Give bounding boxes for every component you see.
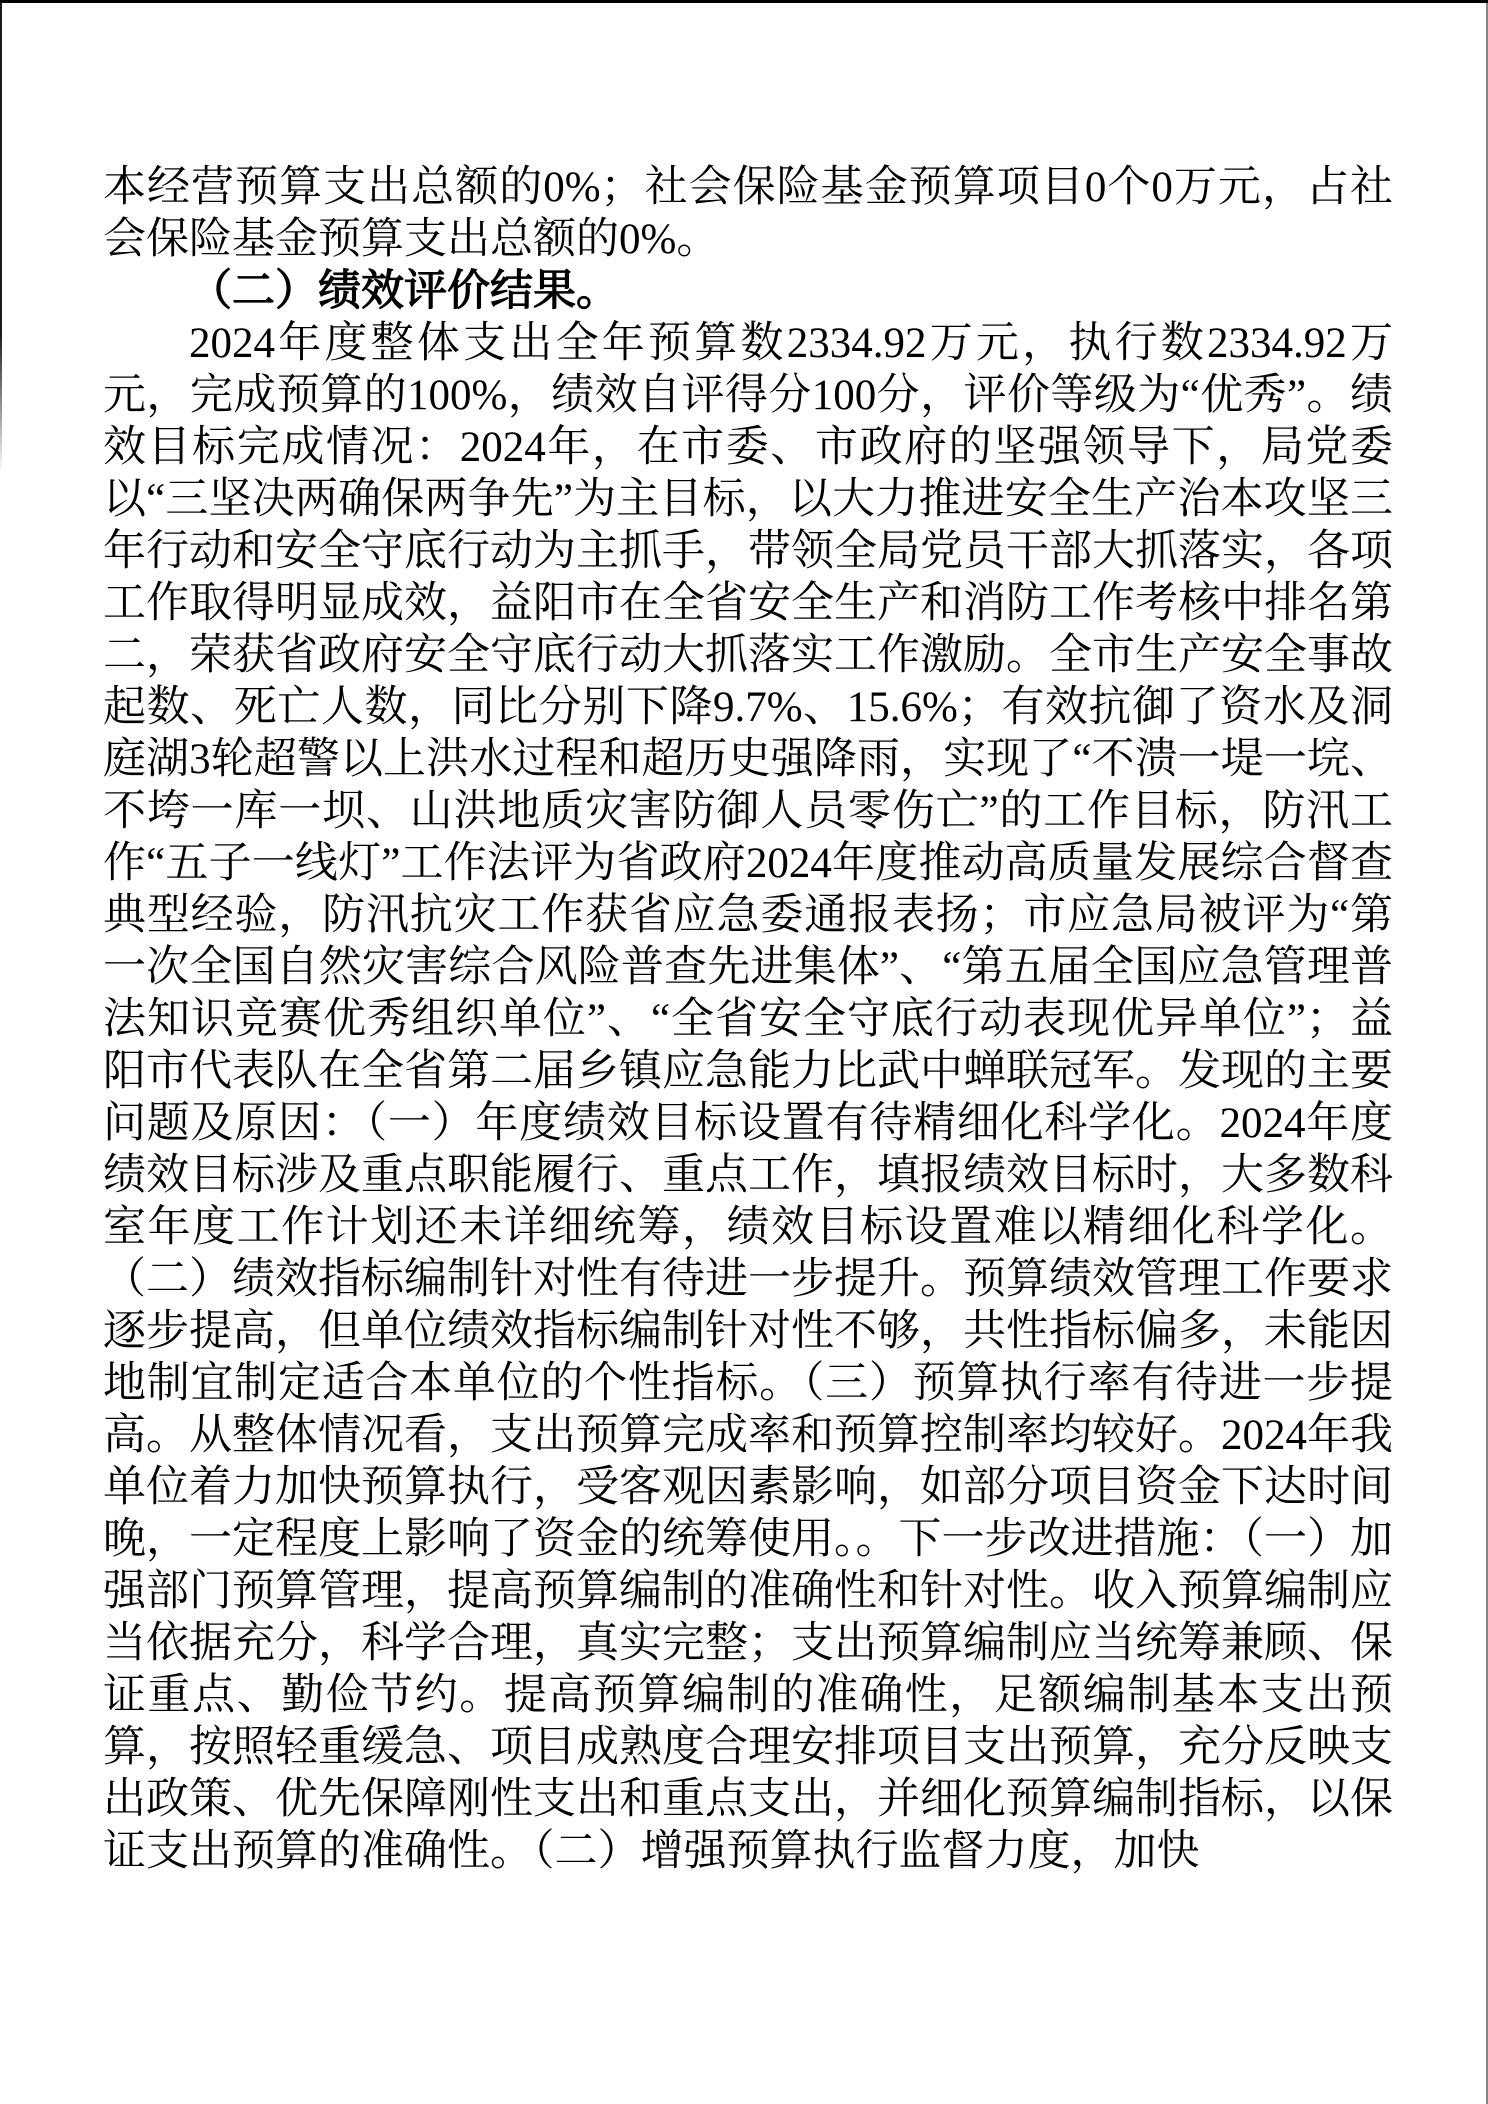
paragraph-body: 2024年度整体支出全年预算数2334.92万元，执行数2334.92万元，完成… (103, 318, 1393, 1878)
scan-left-edge-line (0, 3, 2, 473)
document-text-block: 本经营预算支出总额的0%；社会保险基金预算项目0个0万元，占社会保险基金预算支出… (103, 162, 1393, 1878)
scan-top-edge-line (0, 0, 1488, 3)
section-heading: （二）绩效评价结果。 (103, 266, 1393, 318)
paragraph-continuation: 本经营预算支出总额的0%；社会保险基金预算项目0个0万元，占社会保险基金预算支出… (103, 162, 1393, 266)
